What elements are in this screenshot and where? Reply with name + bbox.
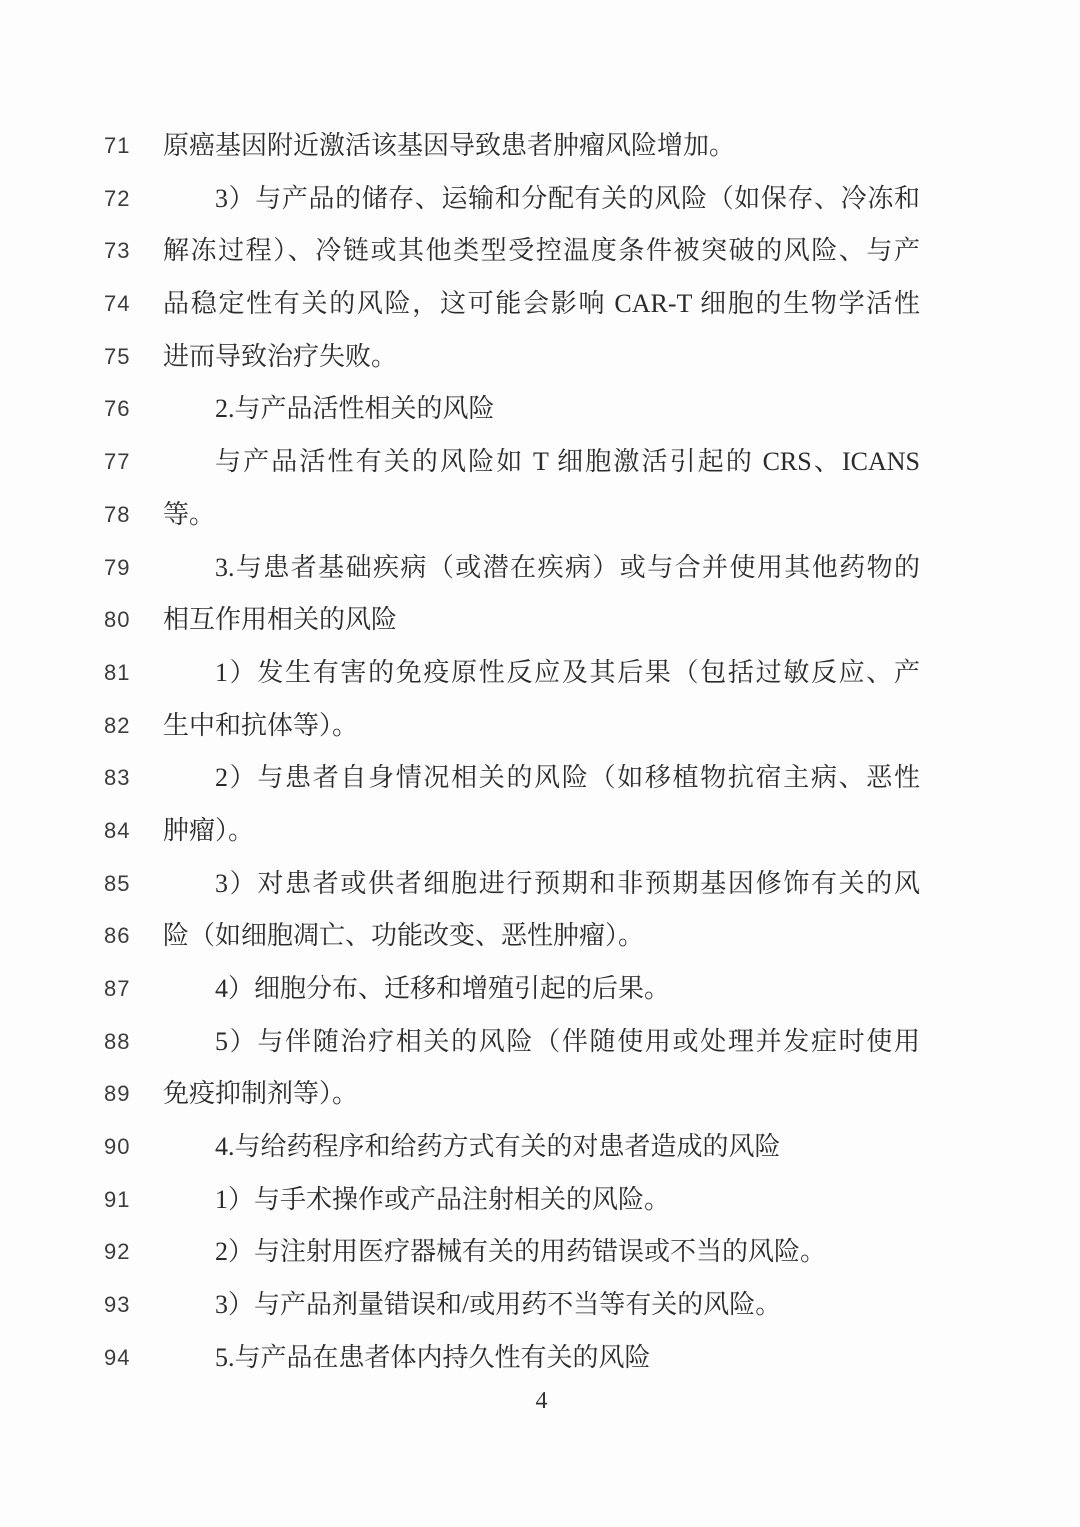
line-number-gap	[144, 910, 163, 963]
line-text: 5.与产品在患者体内持久性有关的风险	[163, 1332, 920, 1385]
line-text: 1）与手术操作或产品注射相关的风险。	[163, 1174, 920, 1227]
line-number-gap	[144, 700, 163, 753]
line-number-gap	[144, 1332, 163, 1385]
line-number: 90	[104, 1121, 144, 1174]
text-line: 77 与产品活性有关的风险如 T 细胞激活引起的 CRS、ICANS	[104, 436, 920, 489]
line-text: 3）对患者或供者细胞进行预期和非预期基因修饰有关的风	[163, 858, 920, 911]
line-text: 4.与给药程序和给药方式有关的对患者造成的风险	[163, 1121, 920, 1174]
line-number: 75	[104, 331, 144, 384]
line-number: 85	[104, 858, 144, 911]
line-number-gap	[144, 225, 163, 278]
line-text: 2）与注射用医疗器械有关的用药错误或不当的风险。	[163, 1226, 920, 1279]
line-number-gap	[144, 1174, 163, 1227]
line-text: 3.与患者基础疾病（或潜在疾病）或与合并使用其他药物的	[163, 542, 920, 595]
line-number: 76	[104, 383, 144, 436]
line-number: 78	[104, 489, 144, 542]
line-number-gap	[144, 436, 163, 489]
line-text: 与产品活性有关的风险如 T 细胞激活引起的 CRS、ICANS	[163, 436, 920, 489]
text-line: 85 3）对患者或供者细胞进行预期和非预期基因修饰有关的风	[104, 858, 920, 911]
document-page: 71 原癌基因附近激活该基因导致患者肿瘤风险增加。 72 3）与产品的储存、运输…	[0, 0, 1080, 1527]
line-text: 5）与伴随治疗相关的风险（伴随使用或处理并发症时使用	[163, 1016, 920, 1069]
line-number: 81	[104, 647, 144, 700]
line-text: 解冻过程）、冷链或其他类型受控温度条件被突破的风险、与产	[163, 225, 920, 278]
line-number-gap	[144, 647, 163, 700]
line-number: 93	[104, 1279, 144, 1332]
text-line: 83 2）与患者自身情况相关的风险（如移植物抗宿主病、恶性	[104, 752, 920, 805]
line-number: 83	[104, 752, 144, 805]
text-line: 78 等。	[104, 489, 920, 542]
text-line: 82 生中和抗体等）。	[104, 700, 920, 753]
text-line: 92 2）与注射用医疗器械有关的用药错误或不当的风险。	[104, 1226, 920, 1279]
line-text: 免疫抑制剂等）。	[163, 1068, 920, 1121]
line-number-gap	[144, 1121, 163, 1174]
text-line: 93 3）与产品剂量错误和/或用药不当等有关的风险。	[104, 1279, 920, 1332]
line-text: 2）与患者自身情况相关的风险（如移植物抗宿主病、恶性	[163, 752, 920, 805]
line-text: 进而导致治疗失败。	[163, 331, 920, 384]
text-line: 89 免疫抑制剂等）。	[104, 1068, 920, 1121]
line-number-gap	[144, 173, 163, 226]
line-number: 87	[104, 963, 144, 1016]
line-text: 3）与产品的储存、运输和分配有关的风险（如保存、冷冻和	[163, 173, 920, 226]
line-number: 88	[104, 1016, 144, 1069]
line-number-gap	[144, 383, 163, 436]
line-number: 82	[104, 700, 144, 753]
line-number-gap	[144, 963, 163, 1016]
line-number-gap	[144, 1016, 163, 1069]
line-number-gap	[144, 1068, 163, 1121]
text-line: 86 险（如细胞凋亡、功能改变、恶性肿瘤）。	[104, 910, 920, 963]
line-text: 相互作用相关的风险	[163, 594, 920, 647]
line-number: 84	[104, 805, 144, 858]
text-line: 88 5）与伴随治疗相关的风险（伴随使用或处理并发症时使用	[104, 1016, 920, 1069]
text-line: 73 解冻过程）、冷链或其他类型受控温度条件被突破的风险、与产	[104, 225, 920, 278]
line-number-gap	[144, 1279, 163, 1332]
line-number: 91	[104, 1174, 144, 1227]
line-text: 4）细胞分布、迁移和增殖引起的后果。	[163, 963, 920, 1016]
line-text: 1）发生有害的免疫原性反应及其后果（包括过敏反应、产	[163, 647, 920, 700]
text-line: 74 品稳定性有关的风险，这可能会影响 CAR-T 细胞的生物学活性	[104, 278, 920, 331]
line-text: 品稳定性有关的风险，这可能会影响 CAR-T 细胞的生物学活性	[163, 278, 920, 331]
line-number: 77	[104, 436, 144, 489]
line-number: 80	[104, 594, 144, 647]
text-body: 71 原癌基因附近激活该基因导致患者肿瘤风险增加。 72 3）与产品的储存、运输…	[104, 120, 920, 1385]
line-number-gap	[144, 278, 163, 331]
line-number: 72	[104, 173, 144, 226]
line-text: 生中和抗体等）。	[163, 700, 920, 753]
line-number-gap	[144, 594, 163, 647]
line-number: 89	[104, 1068, 144, 1121]
text-line: 79 3.与患者基础疾病（或潜在疾病）或与合并使用其他药物的	[104, 542, 920, 595]
line-number: 79	[104, 542, 144, 595]
line-text: 肿瘤）。	[163, 805, 920, 858]
line-text: 3）与产品剂量错误和/或用药不当等有关的风险。	[163, 1279, 920, 1332]
text-line: 71 原癌基因附近激活该基因导致患者肿瘤风险增加。	[104, 120, 920, 173]
line-number-gap	[144, 858, 163, 911]
line-number-gap	[144, 120, 163, 173]
line-number-gap	[144, 331, 163, 384]
text-line: 84 肿瘤）。	[104, 805, 920, 858]
line-text: 原癌基因附近激活该基因导致患者肿瘤风险增加。	[163, 120, 920, 173]
text-line: 91 1）与手术操作或产品注射相关的风险。	[104, 1174, 920, 1227]
text-line: 87 4）细胞分布、迁移和增殖引起的后果。	[104, 963, 920, 1016]
text-line: 75 进而导致治疗失败。	[104, 331, 920, 384]
line-text: 2.与产品活性相关的风险	[163, 383, 920, 436]
text-line: 80 相互作用相关的风险	[104, 594, 920, 647]
line-number: 86	[104, 910, 144, 963]
line-number: 92	[104, 1226, 144, 1279]
line-number: 74	[104, 278, 144, 331]
text-line: 72 3）与产品的储存、运输和分配有关的风险（如保存、冷冻和	[104, 173, 920, 226]
line-text: 险（如细胞凋亡、功能改变、恶性肿瘤）。	[163, 910, 920, 963]
line-text: 等。	[163, 489, 920, 542]
line-number: 71	[104, 120, 144, 173]
line-number-gap	[144, 752, 163, 805]
line-number-gap	[144, 542, 163, 595]
text-line: 81 1）发生有害的免疫原性反应及其后果（包括过敏反应、产	[104, 647, 920, 700]
line-number: 73	[104, 225, 144, 278]
text-line: 76 2.与产品活性相关的风险	[104, 383, 920, 436]
text-line: 94 5.与产品在患者体内持久性有关的风险	[104, 1332, 920, 1385]
line-number-gap	[144, 489, 163, 542]
page-number: 4	[104, 1388, 920, 1415]
text-line: 90 4.与给药程序和给药方式有关的对患者造成的风险	[104, 1121, 920, 1174]
line-number-gap	[144, 1226, 163, 1279]
line-number-gap	[144, 805, 163, 858]
line-number: 94	[104, 1332, 144, 1385]
